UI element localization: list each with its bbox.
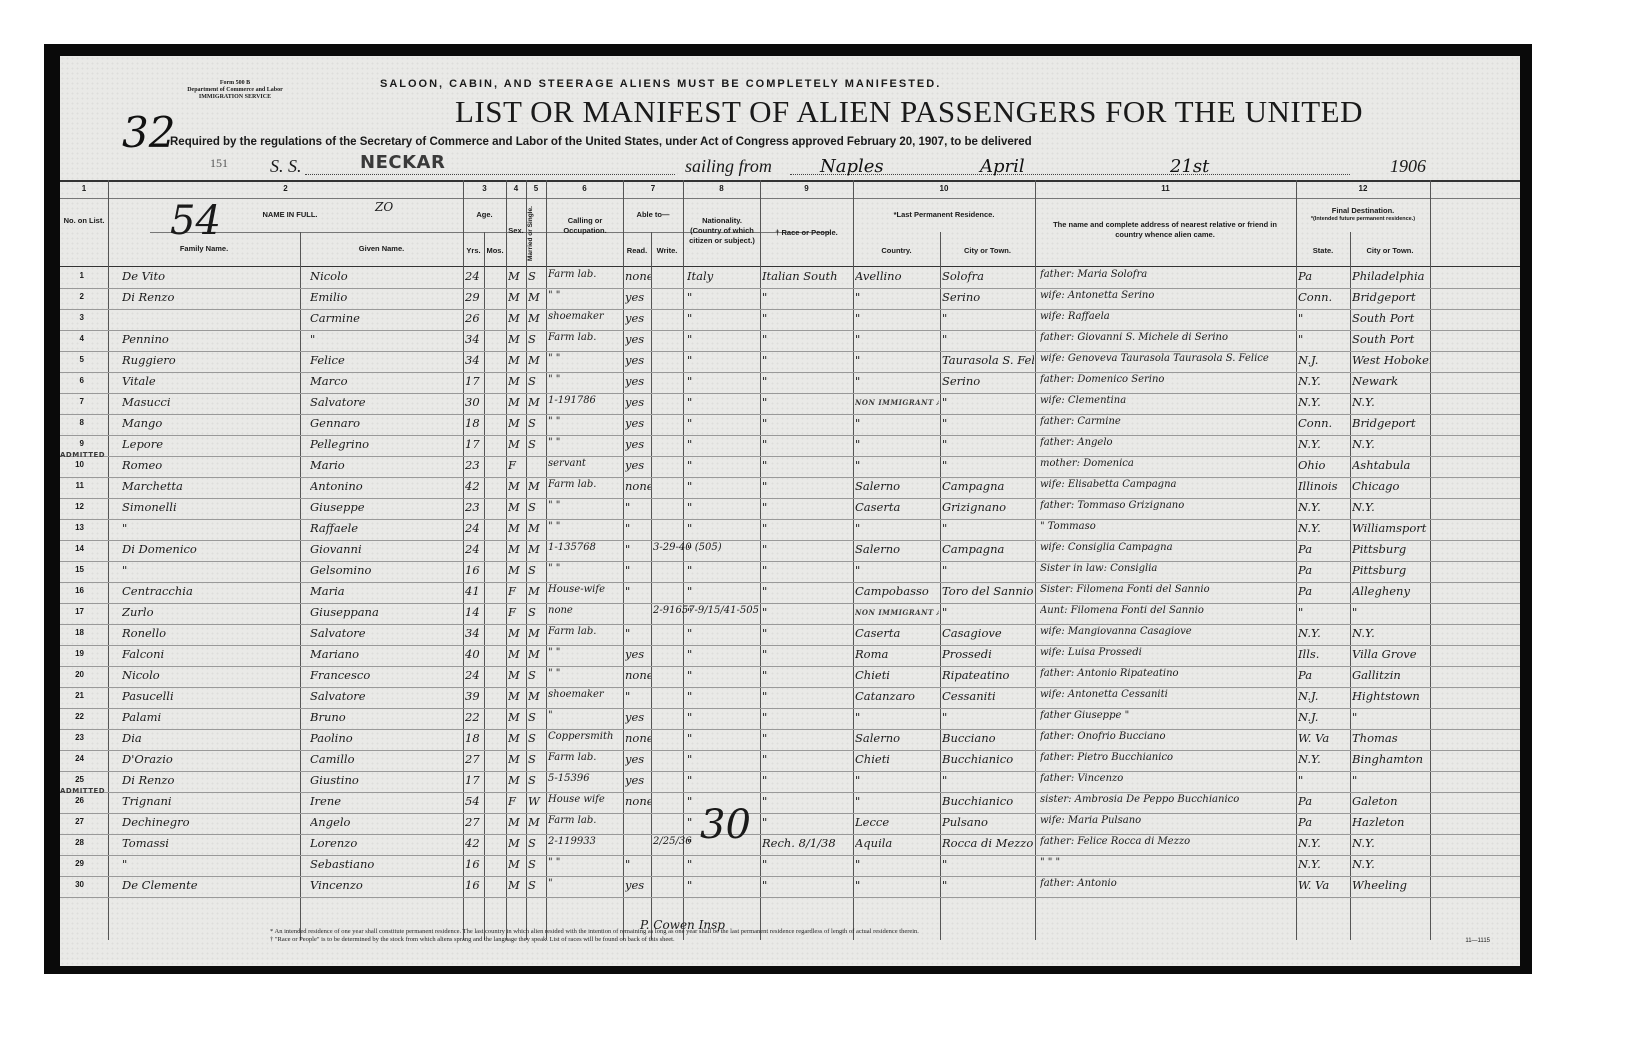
cell-nationality: " (687, 710, 759, 724)
cell-sex: M (508, 269, 526, 283)
cell-nationality: " (687, 857, 759, 871)
cell-state: Pa (1298, 542, 1350, 556)
cell-race: " (762, 668, 852, 682)
cell-relative: father: Antonio Ripateatino (1040, 668, 1294, 679)
cell-given: Bruno (310, 710, 460, 724)
cell-occupation: " " (548, 563, 622, 574)
cell-race: " (762, 752, 852, 766)
cell-state: " (1298, 332, 1350, 346)
cell-read: none (625, 479, 651, 493)
cell-country: Chieti (855, 668, 939, 682)
cell-occupation: 1-191786 (548, 395, 622, 406)
cell-given: Maria (310, 584, 460, 598)
cell-state: W. Va (1298, 878, 1350, 892)
cell-status: S (528, 269, 546, 283)
cell-given: Giustino (310, 773, 460, 787)
cell-family: Ronello (122, 626, 297, 640)
cell-occupation: " " (548, 290, 622, 301)
cell-city: " (942, 458, 1034, 472)
cell-race: " (762, 542, 852, 556)
header-yrs: Yrs. (463, 246, 484, 256)
cell-nationality: " (687, 332, 759, 346)
cell-given: Angelo (310, 815, 460, 829)
cell-dest: Thomas (1352, 731, 1430, 745)
col-num: 11 (1035, 184, 1296, 193)
cell-status: S (528, 668, 546, 682)
header-last-residence: *Last Permanent Residence. (853, 210, 1035, 220)
form-number: Form 500 B (155, 80, 315, 87)
cell-sex: M (508, 752, 526, 766)
cell-state: N.Y. (1298, 857, 1350, 871)
cell-country: Catanzaro (855, 689, 939, 703)
cell-dest: N.Y. (1352, 857, 1430, 871)
cell-occupation: " " (548, 353, 622, 364)
cell-family: " (122, 521, 297, 535)
cell-nationality: " (687, 479, 759, 493)
cell-relative: wife: Mangiovanna Casagiove (1040, 626, 1294, 637)
cell-family: " (122, 857, 297, 871)
cell-nationality: " (687, 458, 759, 472)
cell-given: Salvatore (310, 689, 460, 703)
cell-occupation: Farm lab. (548, 269, 622, 280)
row-number: 14 (64, 544, 84, 553)
cell-city: " (942, 521, 1034, 535)
cell-country: " (855, 773, 939, 787)
cell-family: Nicolo (122, 668, 297, 682)
tally-number: 30 (700, 802, 751, 848)
cell-race: " (762, 332, 852, 346)
sailing-label: sailing from (685, 156, 772, 177)
cell-city: Serino (942, 374, 1034, 388)
cell-city: Ripateatino (942, 668, 1034, 682)
cell-read: yes (625, 647, 651, 661)
cell-age: 23 (465, 458, 485, 472)
cell-dest: " (1352, 605, 1430, 619)
cell-state: N.J. (1298, 689, 1350, 703)
cell-sex: F (508, 794, 526, 808)
cell-occupation: shoemaker (548, 311, 622, 322)
cell-state: N.J. (1298, 353, 1350, 367)
cell-relative: " " " (1040, 857, 1294, 868)
cell-city: Bucciano (942, 731, 1034, 745)
cell-occupation: " " (548, 521, 622, 532)
cell-relative: father: Angelo (1040, 437, 1294, 448)
cell-relative: father: Vincenzo (1040, 773, 1294, 784)
row-number: 12 (64, 502, 84, 511)
cell-city: Taurasola S. Felice (942, 353, 1034, 367)
cell-given: Vincenzo (310, 878, 460, 892)
cell-age: 16 (465, 878, 485, 892)
cell-dest: N.Y. (1352, 395, 1430, 409)
header-dest-city: City or Town. (1350, 246, 1430, 256)
row-number: 22 (64, 712, 84, 721)
table-row: 18RonelloSalvatore34MMFarm lab."""Casert… (60, 625, 1520, 643)
cell-status: S (528, 416, 546, 430)
cell-family: Ruggiero (122, 353, 297, 367)
cell-dest: N.Y. (1352, 836, 1430, 850)
cell-race: " (762, 395, 852, 409)
cell-status: M (528, 290, 546, 304)
header-mos: Mos. (484, 246, 506, 256)
cell-state: Conn. (1298, 290, 1350, 304)
cell-dest: South Port (1352, 311, 1430, 325)
cell-relative: father: Domenico Serino (1040, 374, 1294, 385)
row-number: 6 (64, 376, 84, 385)
cell-nationality: " (687, 626, 759, 640)
cell-status: M (528, 626, 546, 640)
table-row: 24D'OrazioCamillo27MSFarm lab.yes""Chiet… (60, 751, 1520, 769)
cell-status: M (528, 479, 546, 493)
cell-state: N.Y. (1298, 626, 1350, 640)
cell-sex: M (508, 395, 526, 409)
cell-city: Prossedi (942, 647, 1034, 661)
cell-family: Centracchia (122, 584, 297, 598)
cell-read: yes (625, 374, 651, 388)
cell-dest: Williamsport (1352, 521, 1430, 535)
row-number: 2 (64, 292, 84, 301)
cell-sex: M (508, 815, 526, 829)
cell-state: " (1298, 311, 1350, 325)
ship-name-line (305, 174, 675, 175)
page-title: LIST OR MANIFEST OF ALIEN PASSENGERS FOR… (455, 94, 1363, 130)
cell-race: " (762, 878, 852, 892)
cell-state: Pa (1298, 668, 1350, 682)
cell-age: 24 (465, 668, 485, 682)
cell-sex: M (508, 542, 526, 556)
cell-read: yes (625, 395, 651, 409)
cell-dest: Gallitzin (1352, 668, 1430, 682)
header-no-on-list: No. on List. (60, 216, 108, 226)
cell-race: " (762, 794, 852, 808)
cell-relative: wife: Consiglia Campagna (1040, 542, 1294, 553)
cell-nationality: " (687, 584, 759, 598)
cell-age: 42 (465, 836, 485, 850)
manifest-banner: SALOON, CABIN, AND STEERAGE ALIENS MUST … (380, 78, 941, 90)
table-row: 1De VitoNicolo24MSFarm lab.noneItalyItal… (60, 268, 1520, 286)
ship-line: 151 S. S. NECKAR sailing from Naples Apr… (210, 156, 1480, 180)
table-row: 25Di RenzoGiustino17MS5-15396yes""""fath… (60, 772, 1520, 790)
cell-status: S (528, 878, 546, 892)
table-row: 17ZurloGiuseppana14FSnone2-91657-9/15/41… (60, 604, 1520, 622)
cell-family: Masucci (122, 395, 297, 409)
cell-family: Romeo (122, 458, 297, 472)
col-num: 7 (623, 184, 683, 193)
cell-occupation: Farm lab. (548, 332, 622, 343)
cell-age: 16 (465, 857, 485, 871)
col-num: 3 (463, 184, 506, 193)
cell-family: Di Domenico (122, 542, 297, 556)
cell-age: 17 (465, 437, 485, 451)
cell-family: Dia (122, 731, 297, 745)
cell-status: S (528, 836, 546, 850)
cell-nationality: " (687, 731, 759, 745)
cell-read: yes (625, 458, 651, 472)
row-number: 27 (64, 817, 84, 826)
cell-race: " (762, 647, 852, 661)
cell-nationality: " (687, 542, 759, 556)
cell-nationality: " (687, 563, 759, 577)
cell-read: none (625, 269, 651, 283)
service: IMMIGRATION SERVICE (155, 94, 315, 101)
cell-dest: " (1352, 773, 1430, 787)
cell-nationality: Italy (687, 269, 759, 283)
cell-given: Sebastiano (310, 857, 460, 871)
cell-occupation: " " (548, 374, 622, 385)
departure-month: April (980, 156, 1025, 177)
cell-country: NON IMMIGRANT ALIEN (855, 398, 939, 407)
header-final-destination-note: *(Intended future permanent residence.) (1296, 216, 1430, 222)
header-state: State. (1296, 246, 1350, 256)
cell-family: Falconi (122, 647, 297, 661)
cell-status: M (528, 353, 546, 367)
cell-state: Ills. (1298, 647, 1350, 661)
cell-occupation: " " (548, 857, 622, 868)
cell-sex: M (508, 878, 526, 892)
header-city-town: City or Town. (940, 246, 1035, 256)
cell-read: yes (625, 353, 651, 367)
cell-state: N.Y. (1298, 395, 1350, 409)
cell-city: " (942, 857, 1034, 871)
cell-occupation: " " (548, 647, 622, 658)
cell-country: Lecce (855, 815, 939, 829)
cell-family: Vitale (122, 374, 297, 388)
cell-status: S (528, 857, 546, 871)
cell-nationality: " (687, 773, 759, 787)
cell-city: Grizignano (942, 500, 1034, 514)
cell-sex: M (508, 710, 526, 724)
cell-city: " (942, 332, 1034, 346)
cell-dest: West Hoboken (1352, 353, 1430, 367)
row-number: 18 (64, 628, 84, 637)
cell-sex: M (508, 374, 526, 388)
cell-age: 18 (465, 731, 485, 745)
cell-read: yes (625, 710, 651, 724)
cell-sex: M (508, 857, 526, 871)
cell-family: Pasucelli (122, 689, 297, 703)
cell-dest: N.Y. (1352, 626, 1430, 640)
cell-occupation: Coppersmith (548, 731, 622, 742)
cell-given: Marco (310, 374, 460, 388)
row-number: 7 (64, 397, 84, 406)
cell-country: Aquila (855, 836, 939, 850)
ship-prefix: S. S. (270, 156, 302, 177)
cell-status: S (528, 437, 546, 451)
cell-nationality: " (687, 416, 759, 430)
cell-dest: N.Y. (1352, 500, 1430, 514)
cell-given: Felice (310, 353, 460, 367)
cell-occupation: 1-135768 (548, 542, 622, 553)
cell-city: Bucchianico (942, 794, 1034, 808)
cell-country: " (855, 794, 939, 808)
cell-country: " (855, 563, 939, 577)
cell-family: Marchetta (122, 479, 297, 493)
departure-year: 1906 (1390, 156, 1426, 177)
row-number: 5 (64, 355, 84, 364)
cell-read: none (625, 668, 651, 682)
header-calling: Calling or Occupation. (550, 216, 620, 236)
cell-country: " (855, 437, 939, 451)
table-row: 30De ClementeVincenzo16MS"yes""""father:… (60, 877, 1520, 895)
row-number: 25 (64, 775, 84, 784)
cell-age: 34 (465, 353, 485, 367)
cell-city: " (942, 710, 1034, 724)
cell-status: M (528, 815, 546, 829)
row-number: 26 (64, 796, 84, 805)
cell-occupation: shoemaker (548, 689, 622, 700)
cell-dest: Hightstown (1352, 689, 1430, 703)
cell-country: Salerno (855, 731, 939, 745)
cell-city: Solofra (942, 269, 1034, 283)
cell-status: S (528, 710, 546, 724)
table-row: 27DechinegroAngelo27MMFarm lab.""LeccePu… (60, 814, 1520, 832)
cell-country: " (855, 311, 939, 325)
cell-sex: M (508, 731, 526, 745)
cell-nationality: " (687, 647, 759, 661)
cell-occupation: 5-15396 (548, 773, 622, 784)
header-able-to: Able to— (623, 210, 683, 220)
col-num: 9 (760, 184, 853, 193)
cell-relative: wife: Maria Pulsano (1040, 815, 1294, 826)
cell-nationality: " (687, 395, 759, 409)
cell-city: " (942, 416, 1034, 430)
cell-city: Cessaniti (942, 689, 1034, 703)
cell-age: 30 (465, 395, 485, 409)
cell-nationality: " (687, 752, 759, 766)
row-number: 29 (64, 859, 84, 868)
cell-given: Giuseppe (310, 500, 460, 514)
cell-dest: Newark (1352, 374, 1430, 388)
cell-country: Salerno (855, 479, 939, 493)
cell-dest: Ashtabula (1352, 458, 1430, 472)
col-num: 6 (546, 184, 623, 193)
table-row: 6VitaleMarco17MS" "yes"""Serinofather: D… (60, 373, 1520, 391)
table-row: 20NicoloFrancesco24MS" "none""ChietiRipa… (60, 667, 1520, 685)
cell-state: Illinois (1298, 479, 1350, 493)
cell-age: 26 (465, 311, 485, 325)
table-row: 15"Gelsomino16MS" """"""Sister in law: C… (60, 562, 1520, 580)
header-married-single: Married or Single. (526, 204, 546, 264)
cell-dest: Pittsburg (1352, 563, 1430, 577)
cell-state: N.Y. (1298, 437, 1350, 451)
cell-occupation: Farm lab. (548, 479, 622, 490)
col-num: 8 (683, 184, 760, 193)
cell-given: Gelsomino (310, 563, 460, 577)
cell-sex: M (508, 332, 526, 346)
row-number: 11 (64, 481, 84, 490)
cell-status: S (528, 500, 546, 514)
list-number: 54 (170, 198, 221, 244)
table-row: 22PalamiBruno22MS"yes""""father Giuseppe… (60, 709, 1520, 727)
cell-dest: Pittsburg (1352, 542, 1430, 556)
cell-nationality: " (687, 290, 759, 304)
cell-race: " (762, 731, 852, 745)
cell-race: " (762, 584, 852, 598)
row-number: 15 (64, 565, 84, 574)
cell-status: W (528, 794, 546, 808)
cell-sex: M (508, 647, 526, 661)
cell-sex: M (508, 290, 526, 304)
cell-relative: wife: Genoveva Taurasola Taurasola S. Fe… (1040, 353, 1294, 364)
cell-occupation: " (548, 878, 622, 889)
cell-nationality: " (687, 521, 759, 535)
header-country: Country. (853, 246, 940, 256)
table-row: 26ADMITTEDTrignaniIrene54FWHouse wifenon… (60, 793, 1520, 811)
cell-race: Italian South (762, 269, 852, 283)
cell-read: " (625, 689, 651, 703)
cell-race: Rech. 8/1/38 (762, 836, 852, 850)
cell-read: yes (625, 878, 651, 892)
header-sex: Sex. (506, 226, 526, 236)
col-num: 12 (1296, 184, 1430, 193)
cell-given: Nicolo (310, 269, 460, 283)
table-row: 21PasucelliSalvatore39MMshoemaker"""Cata… (60, 688, 1520, 706)
cell-read: none (625, 794, 651, 808)
cell-age: 24 (465, 269, 485, 283)
cell-relative: wife: Clementina (1040, 395, 1294, 406)
cell-city: " (942, 773, 1034, 787)
cell-city: " (942, 878, 1034, 892)
cell-given: Pellegrino (310, 437, 460, 451)
cell-sex: M (508, 437, 526, 451)
cell-nationality: " (687, 689, 759, 703)
cell-relative: father: Carmine (1040, 416, 1294, 427)
cell-race: " (762, 626, 852, 640)
row-number: 16 (64, 586, 84, 595)
cell-dest: Allegheny (1352, 584, 1430, 598)
cell-given: Salvatore (310, 626, 460, 640)
cell-read: " (625, 563, 651, 577)
cell-read: " (625, 584, 651, 598)
cell-family: De Vito (122, 269, 297, 283)
cell-relative: " Tommaso (1040, 521, 1294, 532)
manifest-page: Form 500 B Department of Commerce and La… (60, 56, 1520, 966)
cell-read: " (625, 542, 651, 556)
cell-family: Mango (122, 416, 297, 430)
cell-read: yes (625, 437, 651, 451)
cell-family: Di Renzo (122, 773, 297, 787)
cell-race: " (762, 773, 852, 787)
cell-given: Giuseppana (310, 605, 460, 619)
cell-family: De Clemente (122, 878, 297, 892)
cell-city: " (942, 395, 1034, 409)
col-num: 10 (853, 184, 1035, 193)
cell-relative: father: Pietro Bucchianico (1040, 752, 1294, 763)
cell-relative: Aunt: Filomena Fonti del Sannio (1040, 605, 1294, 616)
table-row: 5RuggieroFelice34MM" "yes"""Taurasola S.… (60, 352, 1520, 370)
cell-occupation: " " (548, 437, 622, 448)
table-row: 23DiaPaolino18MSCoppersmithnone""Salerno… (60, 730, 1520, 748)
departure-day: 21st (1170, 156, 1209, 177)
cell-read: yes (625, 752, 651, 766)
cell-status: M (528, 542, 546, 556)
cell-race: " (762, 521, 852, 535)
cell-country: NON IMMIGRANT ALIEN (855, 608, 939, 617)
cell-state: Pa (1298, 269, 1350, 283)
cell-status: S (528, 752, 546, 766)
cell-age: 22 (465, 710, 485, 724)
table-row: 3Carmine26MMshoemakeryes""""wife: Raffae… (60, 310, 1520, 328)
cell-given: Gennaro (310, 416, 460, 430)
col-num: 1 (60, 184, 108, 193)
table-row: 28TomassiLorenzo42MS2-1199332/25/36"Rech… (60, 835, 1520, 853)
cell-age: 27 (465, 752, 485, 766)
cell-sex: M (508, 668, 526, 682)
cell-sex: M (508, 521, 526, 535)
row-number: 13 (64, 523, 84, 532)
cell-state: N.J. (1298, 710, 1350, 724)
cell-race: " (762, 479, 852, 493)
header-nationality: Nationality. (Country of which citizen o… (686, 216, 758, 246)
